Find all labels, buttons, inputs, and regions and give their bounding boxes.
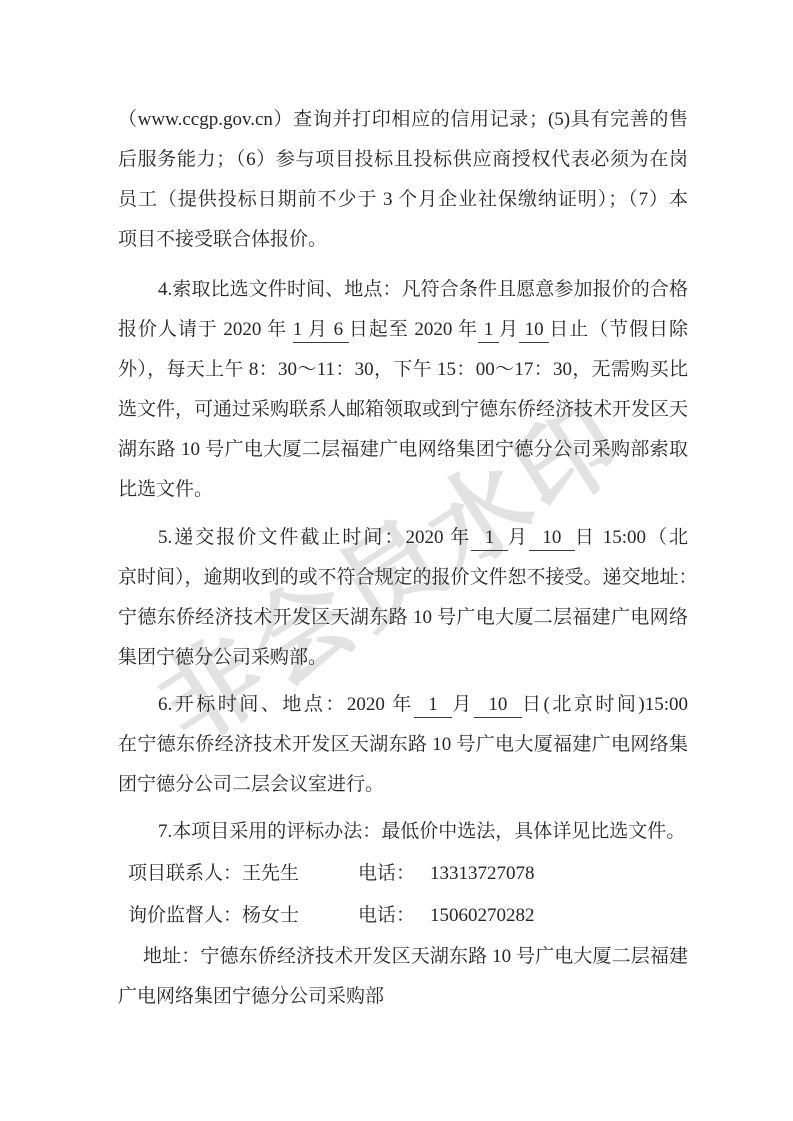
- text-line: 选文件，可通过采购联系人邮箱领取或到宁德东侨经济技术开发区天: [118, 390, 688, 430]
- text-line: 6.开标时间、地点：2020 年 1 月 10 日(北京时间)15:00: [118, 685, 688, 725]
- text-line: 比选文件。: [118, 470, 688, 510]
- contact-name-label: 询价监督人：杨女士: [128, 895, 299, 937]
- document-body: （www.ccgp.gov.cn）查询并打印相应的信用记录；(5)具有完善的售后…: [118, 100, 688, 1017]
- text-line: 地址：宁德东侨经济技术开发区天湖东路 10 号广电大厦二层福建: [118, 937, 688, 977]
- text-line: 后服务能力；（6）参与项目投标且投标供应商授权代表必须为在岗: [118, 140, 688, 180]
- paragraph: 6.开标时间、地点：2020 年 1 月 10 日(北京时间)15:00在宁德东…: [118, 685, 688, 805]
- text-line: （www.ccgp.gov.cn）查询并打印相应的信用记录；(5)具有完善的售: [118, 100, 688, 140]
- underlined-blank: 1: [471, 527, 508, 551]
- phone-number: 15060270282: [430, 895, 535, 937]
- phone-label: 电话：: [358, 895, 415, 937]
- text-line: 7.本项目采用的评标办法：最低价中选法，具体详见比选文件。: [118, 812, 688, 852]
- text-line: 广电网络集团宁德分公司采购部: [118, 977, 688, 1017]
- underlined-blank: 1 月: [293, 319, 328, 343]
- contact-row: 项目联系人：王先生电话：13313727078: [118, 853, 688, 895]
- text-line: 宁德东侨经济技术开发区天湖东路 10 号广电大厦二层福建广电网络: [118, 598, 688, 638]
- text-line: 团宁德分公司二层会议室进行。: [118, 765, 688, 805]
- text-line: 京时间），逾期收到的或不符合规定的报价文件恕不接受。递交地址：: [118, 558, 688, 598]
- paragraph: 地址：宁德东侨经济技术开发区天湖东路 10 号广电大厦二层福建广电网络集团宁德分…: [118, 937, 688, 1017]
- text-line: 项目不接受联合体报价。: [118, 220, 688, 260]
- paragraph: 4.索取比选文件时间、地点：凡符合条件且愿意参加报价的合格报价人请于 2020 …: [118, 270, 688, 510]
- phone-number: 13313727078: [430, 853, 535, 895]
- scanned-document-page: 非会员水印 （www.ccgp.gov.cn）查询并打印相应的信用记录；(5)具…: [0, 0, 793, 1121]
- phone-label: 电话：: [358, 853, 415, 895]
- underlined-blank: 6: [328, 319, 349, 343]
- text-line: 员工（提供投标日期前不少于 3 个月企业社保缴纳证明）；（7）本: [118, 180, 688, 220]
- contact-name-label: 项目联系人：王先生: [128, 853, 299, 895]
- underlined-blank: 10: [529, 527, 575, 551]
- text-line: 集团宁德分公司采购部。: [118, 638, 688, 678]
- text-line: 外），每天上午 8：30～11：30，下午 15：00～17：30，无需购买比: [118, 350, 688, 390]
- text-line: 湖东路 10 号广电大厦二层福建广电网络集团宁德分公司采购部索取: [118, 430, 688, 470]
- underlined-blank: 10: [474, 694, 522, 718]
- text-line: 在宁德东侨经济技术开发区天湖东路 10 号广电大厦福建广电网络集: [118, 725, 688, 765]
- underlined-blank: 1: [414, 694, 453, 718]
- contact-row: 询价监督人：杨女士电话：15060270282: [118, 895, 688, 937]
- paragraph: 5.递交报价文件截止时间：2020 年 1 月 10 日 15:00（北京时间）…: [118, 518, 688, 678]
- text-line: 报价人请于 2020 年 1 月 6 日起至 2020 年 1 月 10 日止（…: [118, 310, 688, 350]
- underlined-blank: 1: [478, 319, 499, 343]
- paragraph: （www.ccgp.gov.cn）查询并打印相应的信用记录；(5)具有完善的售后…: [118, 100, 688, 260]
- paragraph: 7.本项目采用的评标办法：最低价中选法，具体详见比选文件。: [118, 812, 688, 852]
- text-line: 4.索取比选文件时间、地点：凡符合条件且愿意参加报价的合格: [118, 270, 688, 310]
- text-line: 5.递交报价文件截止时间：2020 年 1 月 10 日 15:00（北: [118, 518, 688, 558]
- underlined-blank: 10: [519, 319, 549, 343]
